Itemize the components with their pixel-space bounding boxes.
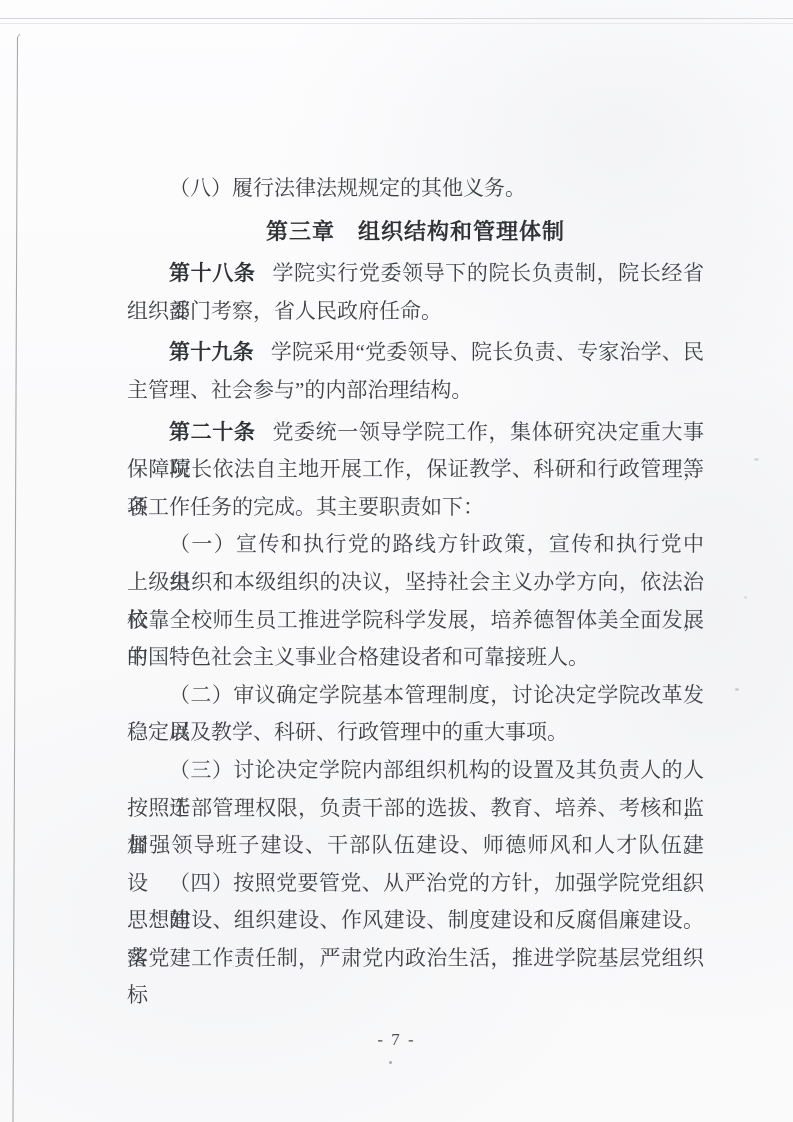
scan-edge-horizontal-line-2: [0, 23, 793, 24]
article-20-line-1: 第二十条党委统一领导学院工作，集体研究决定重大事项，: [127, 414, 704, 452]
article-19-line-2: 主管理、社会参与”的内部治理结构。: [127, 372, 704, 410]
clause-8-text: （八）履行法律法规规定的其他义务。: [169, 176, 526, 200]
duty-1-text-4: 中国特色社会主义事业合格建设者和可靠接班人。: [127, 645, 589, 669]
duty-2-line-1: （二）审议确定学院基本管理制度，讨论决定学院改革发展: [127, 677, 704, 715]
chapter-heading-text: 第三章 组织结构和管理体制: [266, 219, 565, 244]
article-19-number: 第十九条: [169, 340, 254, 364]
duty-1-line-3: 依靠全校师生员工推进学院科学发展，培养德智体美全面发展的: [127, 602, 704, 640]
ink-speck: [735, 688, 739, 691]
duty-3-line-1: （三）讨论决定学院内部组织机构的设置及其负责人的人选，: [127, 752, 704, 790]
article-19-text-1: 学院采用“党委领导、院长负责、专家治学、民: [271, 340, 704, 364]
ink-speck: [754, 458, 759, 461]
article-19-text-2: 主管理、社会参与”的内部治理结构。: [127, 378, 472, 402]
duty-4-line-3: 实党建工作责任制，严肃党内政治生活，推进学院基层党组织标: [127, 940, 704, 978]
duty-3-line-2: 按照干部管理权限，负责干部的选拔、教育、培养、考核和监督。: [127, 790, 704, 828]
article-20-line-2: 保障院长依法自主地开展工作，保证教学、科研和行政管理等各: [127, 451, 704, 489]
article-18-line-1: 第十八条学院实行党委领导下的院长负责制，院长经省委: [127, 255, 704, 293]
ink-speck: [744, 596, 747, 599]
ink-speck: [389, 1061, 392, 1064]
article-20-number: 第二十条: [169, 420, 255, 444]
duty-2-line-2: 稳定以及教学、科研、行政管理中的重大事项。: [127, 714, 704, 752]
article-19-line-1: 第十九条学院采用“党委领导、院长负责、专家治学、民: [127, 334, 704, 372]
clause-8-line: （八）履行法律法规规定的其他义务。: [127, 170, 704, 208]
article-20-line-3: 项工作任务的完成。其主要职责如下：: [127, 489, 704, 527]
page-number: - 7 -: [0, 1030, 793, 1050]
duty-1-line-4: 中国特色社会主义事业合格建设者和可靠接班人。: [127, 639, 704, 677]
document-page-text: （八）履行法律法规规定的其他义务。 第三章 组织结构和管理体制 第十八条学院实行…: [127, 170, 704, 977]
duty-3-line-3: 加强领导班子建设、干部队伍建设、师德师风和人才队伍建设。: [127, 827, 704, 865]
scan-edge-vertical-line: [0, 0, 30, 1122]
article-18-text-2: 组织部门考察，省人民政府任命。: [127, 299, 442, 323]
scan-edge-horizontal-line: [0, 18, 793, 19]
chapter-heading: 第三章 组织结构和管理体制: [127, 213, 704, 251]
duty-2-text-2: 稳定以及教学、科研、行政管理中的重大事项。: [127, 720, 568, 744]
article-18-number: 第十八条: [169, 261, 255, 285]
article-20-text-3: 项工作任务的完成。其主要职责如下：: [127, 495, 484, 519]
duty-4-line-1: （四）按照党要管党、从严治党的方针，加强学院党组织的: [127, 865, 704, 903]
duty-4-line-2: 思想建设、组织建设、作风建设、制度建设和反腐倡廉建设。落: [127, 902, 704, 940]
duty-1-line-1: （一）宣传和执行党的路线方针政策，宣传和执行党中央、: [127, 526, 704, 564]
duty-1-line-2: 上级组织和本级组织的决议，坚持社会主义办学方向，依法治校，: [127, 564, 704, 602]
article-18-line-2: 组织部门考察，省人民政府任命。: [127, 293, 704, 331]
